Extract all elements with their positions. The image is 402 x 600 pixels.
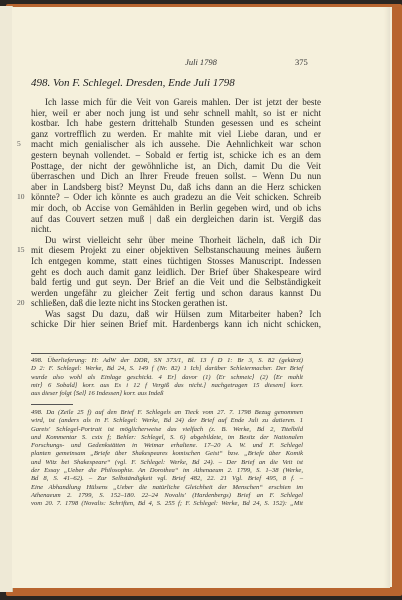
commentary-line: Eine Abhandlung Hülsens „Ueber die natür… xyxy=(31,484,303,492)
text-line: 20schließen, daß die lezte nicht ins Sto… xyxy=(31,298,321,309)
text-line: Posttage, der nicht der gewöhnliche ist,… xyxy=(31,161,321,172)
text-line: aber in Landsberg bist? Meynst Du, daß i… xyxy=(31,182,321,193)
line-number: 10 xyxy=(17,192,25,203)
apparatus-line: D 2: F. Schlegel: Werke, Bd 24, S. 149 f… xyxy=(31,365,303,373)
apparatus-line: aus dieser folgt ⟨Sel⟩ 16 Indessen] korr… xyxy=(31,390,303,398)
running-head-title: Juli 1798 xyxy=(12,57,390,67)
commentary-line: und Witz bei Shakespeare“ (vgl. F. Schle… xyxy=(31,459,303,467)
text-line: mir doch, ob Accise von Gemählden in Ber… xyxy=(31,203,321,214)
text-line: Was sagst Du dazu, daß wir Hülsen zum Mi… xyxy=(31,309,321,320)
page-number: 375 xyxy=(295,57,308,67)
apparatus-line: mir⟩ 6 Sobald] korr. aus Es i 12 f Vergi… xyxy=(31,382,303,390)
commentary-line: Gareis' Schlegel-Portrait ist möglicherw… xyxy=(31,426,303,434)
text-line: geht es doch auch damit ganz leidlich. D… xyxy=(31,267,321,278)
commentary-line: Forschungs- und Gedenkstätten in Weimar … xyxy=(31,442,303,450)
commentary-line: planten gemeinsam „Briefe über Shakespea… xyxy=(31,450,303,458)
text-line: auf das Couvert setzen muß | daß ein der… xyxy=(31,214,321,225)
commentary-line: wird, ist (anders als in F. Schlegel: We… xyxy=(31,417,303,425)
textual-apparatus: 498. Überlieferung: H: AdW der DDR, SN 3… xyxy=(31,357,303,398)
text-line: Ich entgegen komme, statt eines tüchtige… xyxy=(31,256,321,267)
text-line: überraschen und Dich an Ihrer Freude fre… xyxy=(31,171,321,182)
text-line: bald fertig und gut seyn. Der Brief an d… xyxy=(31,277,321,288)
text-line: nicht. xyxy=(31,224,321,235)
apparatus-divider xyxy=(31,353,301,354)
text-line: 5macht mich genialischer als ich aussehe… xyxy=(31,139,321,150)
text-line: werden ungefähr zu gleicher Zeit fertig … xyxy=(31,288,321,299)
apparatus-line: 498. Überlieferung: H: AdW der DDR, SN 3… xyxy=(31,357,303,365)
commentary-line: und Kommentar S. cxix f; Behler: Schlege… xyxy=(31,434,303,442)
text-line: schicke Dir hier seinen Brief mit. Harde… xyxy=(31,319,321,330)
commentary-line: vom 20. 7. 1798 (Novalis: Schriften, Bd … xyxy=(31,500,303,508)
text-line: kostbar. Ich habe gestern drittehalb Stu… xyxy=(31,118,321,129)
commentary-line: der Essay „Ueber die Philosophie. An Dor… xyxy=(31,467,303,475)
letter-heading: 498. Von F. Schlegel. Dresden, Ende Juli… xyxy=(31,77,235,89)
commentary-line: 498. Da (Zeile 25 f) auf den Brief F. Sc… xyxy=(31,409,303,417)
running-head: Juli 1798 375 xyxy=(12,57,390,69)
apparatus-line: wurde also wohl als Einlage geschickt. 4… xyxy=(31,374,303,382)
line-number: 15 xyxy=(17,245,25,256)
book-page: Juli 1798 375 498. Von F. Schlegel. Dres… xyxy=(12,7,390,588)
commentary-line: Bd 8, S. 41–62). – Zur Selbständigkeit v… xyxy=(31,475,303,483)
text-line: gestern beynah vollendet. – Sobald er fe… xyxy=(31,150,321,161)
letter-body: Ich lasse mich für die Veit von Gareis m… xyxy=(31,97,321,330)
text-line: ganz vortrefflich zu werden. Er mahlte m… xyxy=(31,129,321,140)
commentary-divider xyxy=(31,404,73,405)
text-line: Ich lasse mich für die Veit von Gareis m… xyxy=(31,97,321,108)
text-line: 15mit diesem Projekt zu einer objektiven… xyxy=(31,245,321,256)
line-number: 20 xyxy=(17,298,25,309)
line-number: 5 xyxy=(17,139,21,150)
text-line: 10könnte? – Oder ich könnte es auch grad… xyxy=(31,192,321,203)
commentary-line: Athenaeum 2. 1799, S. 152–180. 22–24 Nov… xyxy=(31,492,303,500)
commentary: 498. Da (Zeile 25 f) auf den Brief F. Sc… xyxy=(31,409,303,509)
text-line: Du wirst vielleicht sehr über meine Thor… xyxy=(31,235,321,246)
text-line: hier, weil er aber noch jung ist und seh… xyxy=(31,108,321,119)
